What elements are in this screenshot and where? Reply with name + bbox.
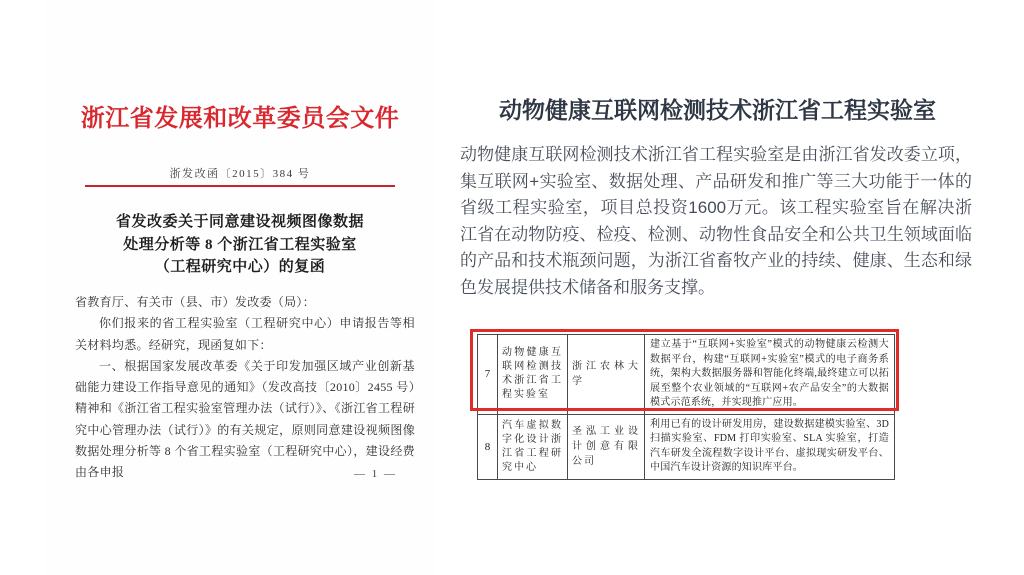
row8-number: 8 bbox=[478, 414, 498, 479]
document-title: 省发改委关于同意建设视频图像数据 处理分析等 8 个浙江省工程实验室 （工程研究… bbox=[45, 211, 435, 279]
table-row-8: 8 汽车虚拟数字化设计浙江省工程研究中心 圣泓工业设计创意有限公司 利用已有的设… bbox=[478, 414, 895, 479]
lab-approval-table: 7 动物健康互联网检测技术浙江省工程实验室 浙江农林大学 建立基于“互联网+实验… bbox=[477, 334, 895, 480]
page-number: — 1 — bbox=[354, 468, 397, 480]
document-title-line-1: 省发改委关于同意建设视频图像数据 bbox=[45, 211, 435, 234]
red-divider-line bbox=[85, 185, 395, 187]
row8-description: 利用已有的设计研发用房，建设数据建模实验室、3D 扫描实验室、FDM 打印实验室… bbox=[645, 414, 895, 479]
document-title-line-3: （工程研究中心）的复函 bbox=[45, 256, 435, 279]
official-document-page: 浙江省发展和改革委员会文件 浙发改函〔2015〕384 号 省发改委关于同意建设… bbox=[45, 0, 435, 575]
document-salutation: 省教育厅、有关市（县、市）发改委（局）： bbox=[75, 292, 415, 313]
row8-organization: 圣泓工业设计创意有限公司 bbox=[568, 414, 645, 479]
lab-description-paragraph: 动物健康互联网检测技术浙江省工程实验室是由浙江省发改委立项，集互联网+实验室、数… bbox=[460, 142, 972, 301]
document-title-line-2: 处理分析等 8 个浙江省工程实验室 bbox=[45, 234, 435, 257]
row7-lab-name: 动物健康互联网检测技术浙江省工程实验室 bbox=[498, 335, 568, 415]
row7-number: 7 bbox=[478, 335, 498, 415]
lab-title: 动物健康互联网检测技术浙江省工程实验室 bbox=[460, 92, 975, 125]
row7-description: 建立基于“互联网+实验室”模式的动物健康云检测大数据平台，构建“互联网+实验室”… bbox=[645, 335, 895, 415]
document-paragraph-2: 一、根据国家发展改革委《关于印发加强区域产业创新基础能力建设工作指导意见的通知》… bbox=[75, 356, 415, 484]
document-paragraph-1: 你们报来的省工程实验室（工程研究中心）申请报告等相关材料均悉。经研究，现函复如下… bbox=[75, 313, 415, 356]
row8-lab-name: 汽车虚拟数字化设计浙江省工程研究中心 bbox=[498, 414, 568, 479]
document-header-title: 浙江省发展和改革委员会文件 bbox=[45, 98, 435, 133]
table-row-7: 7 动物健康互联网检测技术浙江省工程实验室 浙江农林大学 建立基于“互联网+实验… bbox=[478, 335, 895, 415]
row7-organization: 浙江农林大学 bbox=[568, 335, 645, 415]
document-number: 浙发改函〔2015〕384 号 bbox=[45, 165, 435, 181]
page-canvas: 浙江省发展和改革委员会文件 浙发改函〔2015〕384 号 省发改委关于同意建设… bbox=[0, 0, 1024, 575]
document-body: 省教育厅、有关市（县、市）发改委（局）： 你们报来的省工程实验室（工程研究中心）… bbox=[75, 292, 415, 484]
